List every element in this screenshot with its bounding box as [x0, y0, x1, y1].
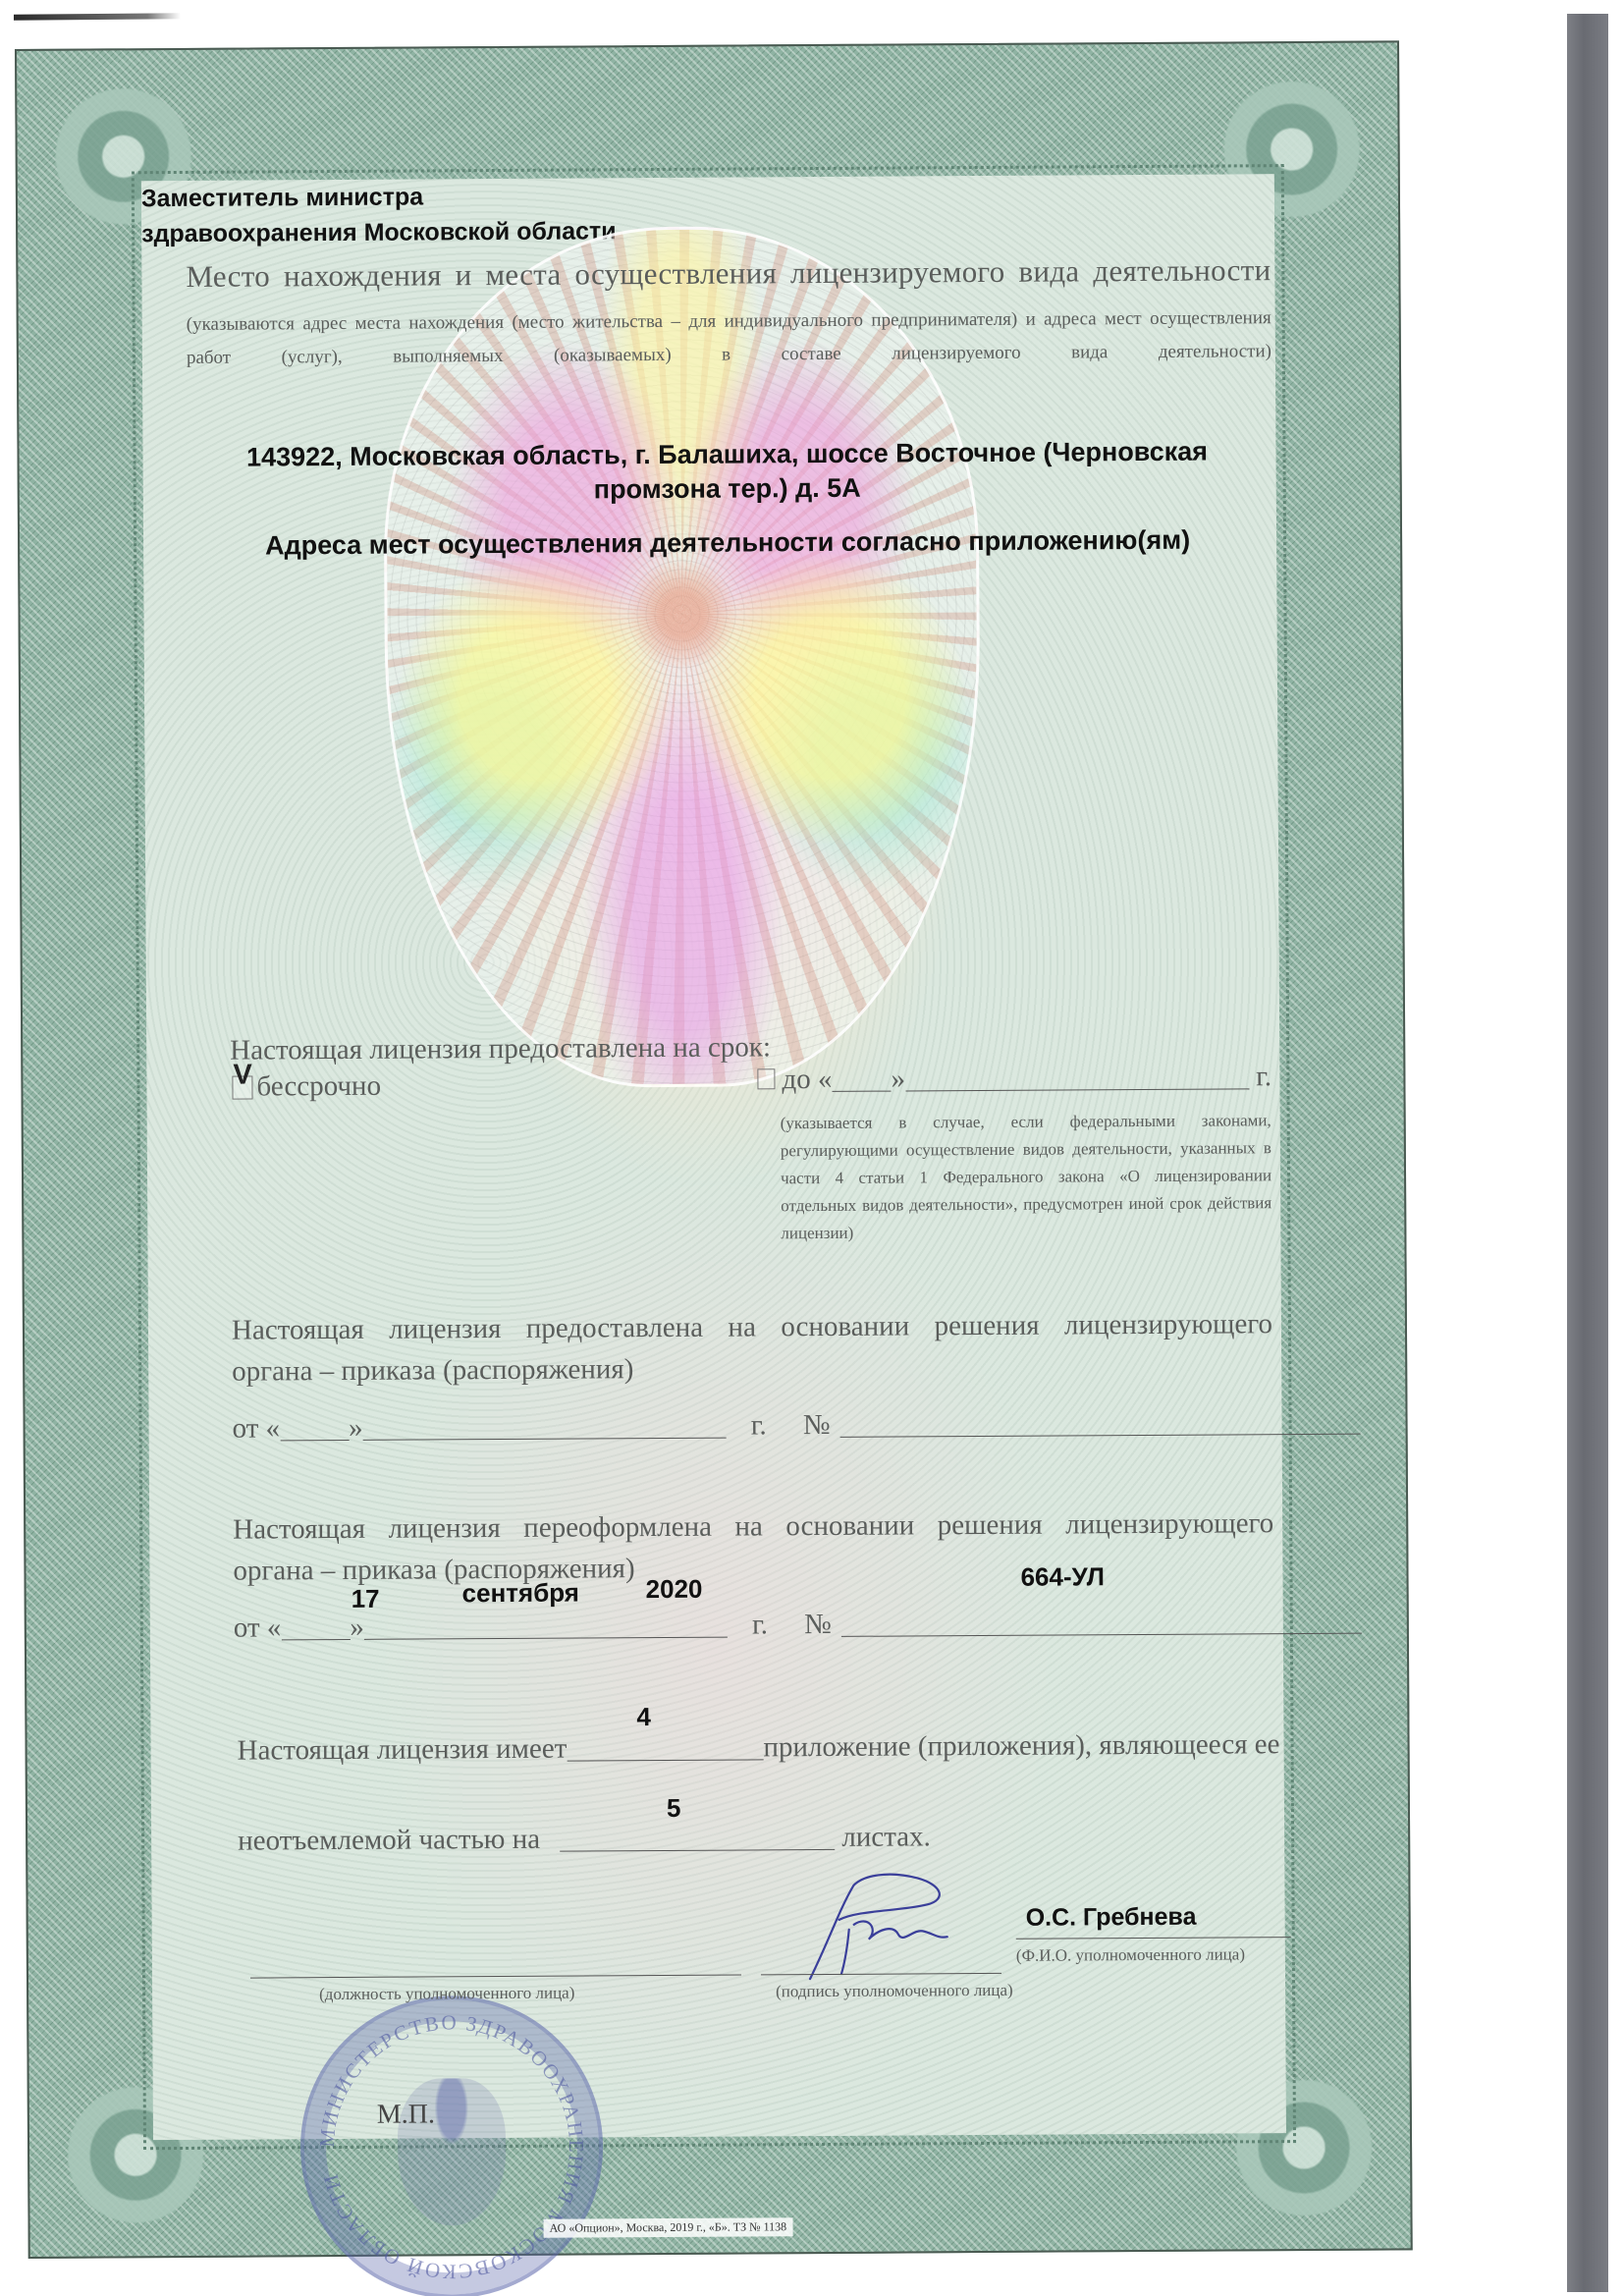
reissued-day-field[interactable]: [281, 1639, 350, 1640]
svg-text:МИНИСТЕРСТВО ЗДРАВООХРАНЕНИЯ М: МИНИСТЕРСТВО ЗДРАВООХРАНЕНИЯ МОСКОВСКОЙ …: [314, 2009, 589, 2284]
granted-day-field[interactable]: [280, 1440, 349, 1441]
signature-caption: (подпись уполномоченного лица): [776, 1981, 1013, 2001]
scanner-strip: [1567, 14, 1608, 2292]
official-stamp: МИНИСТЕРСТВО ЗДРАВООХРАНЕНИЯ МОСКОВСКОЙ …: [299, 1995, 604, 2296]
sheets-count: 5: [667, 1793, 681, 1824]
location-note: (указываются адрес места нахождения (мес…: [187, 301, 1271, 375]
appendix-count-field[interactable]: [567, 1759, 763, 1761]
term-note: (указывается в случае, если федеральными…: [781, 1107, 1272, 1247]
reissued-day: 17: [352, 1584, 380, 1614]
name-line: [1016, 1937, 1291, 1940]
location-heading: Место нахождения и места осуществления л…: [186, 252, 1271, 295]
form-body: Место нахождения и места осуществления л…: [141, 174, 1286, 2140]
signature-mark: [770, 1870, 987, 1989]
printer-imprint: АО «Опцион», Москва, 2019 г., «Б». ТЗ № …: [544, 2217, 793, 2238]
until-year-suffix: г.: [1256, 1061, 1271, 1092]
reissued-date-row: от «» г. №: [234, 1606, 1362, 1645]
scan-edge-shadow: [14, 13, 181, 20]
until-prefix: до «: [782, 1064, 832, 1095]
reissued-number: 664-УЛ: [1020, 1561, 1105, 1593]
checkmark-icon: V: [233, 1060, 252, 1092]
until-day-field[interactable]: [833, 1091, 892, 1092]
until-close: »: [891, 1063, 905, 1094]
stamp-text: МИНИСТЕРСТВО ЗДРАВООХРАНЕНИЯ МОСКОВСКОЙ …: [303, 1998, 600, 2295]
reissued-basis-text: Настоящая лицензия переоформлена на осно…: [233, 1503, 1273, 1591]
granted-date-row: от «» г. №: [232, 1406, 1360, 1446]
license-form: Место нахождения и места осуществления л…: [15, 40, 1413, 2259]
appendices-line1: Настоящая лицензия имеетприложение (прил…: [237, 1728, 1279, 1767]
position-caption: (должность уполномоченного лица): [319, 1984, 574, 2005]
checkbox-until[interactable]: [757, 1068, 775, 1089]
address: 143922, Московская область, г. Балашиха,…: [236, 435, 1217, 510]
appendices-line2: неотъемлемой частью на листах.: [238, 1821, 931, 1857]
reissued-month: сентября: [462, 1578, 579, 1610]
term-until-row: до «» г.: [782, 1061, 1271, 1096]
granted-month-year-field[interactable]: [363, 1438, 727, 1441]
granted-basis-text: Настоящая лицензия предоставлена на осно…: [232, 1303, 1272, 1392]
name-caption: (Ф.И.О. уполномоченного лица): [1016, 1944, 1245, 1965]
granted-number-field[interactable]: [840, 1434, 1361, 1438]
reissued-month-year-field[interactable]: [364, 1637, 728, 1640]
address-note: Адреса мест осуществления деятельности с…: [237, 525, 1218, 562]
seal-label: М.П.: [377, 2099, 435, 2130]
appendix-count: 4: [636, 1702, 651, 1732]
sheets-count-field[interactable]: [560, 1849, 835, 1852]
term-permanent-label: бессрочно: [256, 1070, 381, 1104]
reissued-number-field[interactable]: [841, 1633, 1362, 1637]
term-title: Настоящая лицензия предоставлена на срок…: [230, 1031, 771, 1066]
reissued-year: 2020: [645, 1574, 702, 1605]
signatory-name: О.С. Гребнева: [1026, 1903, 1197, 1933]
position-line: [250, 1975, 741, 1979]
until-date-field[interactable]: [905, 1088, 1249, 1091]
